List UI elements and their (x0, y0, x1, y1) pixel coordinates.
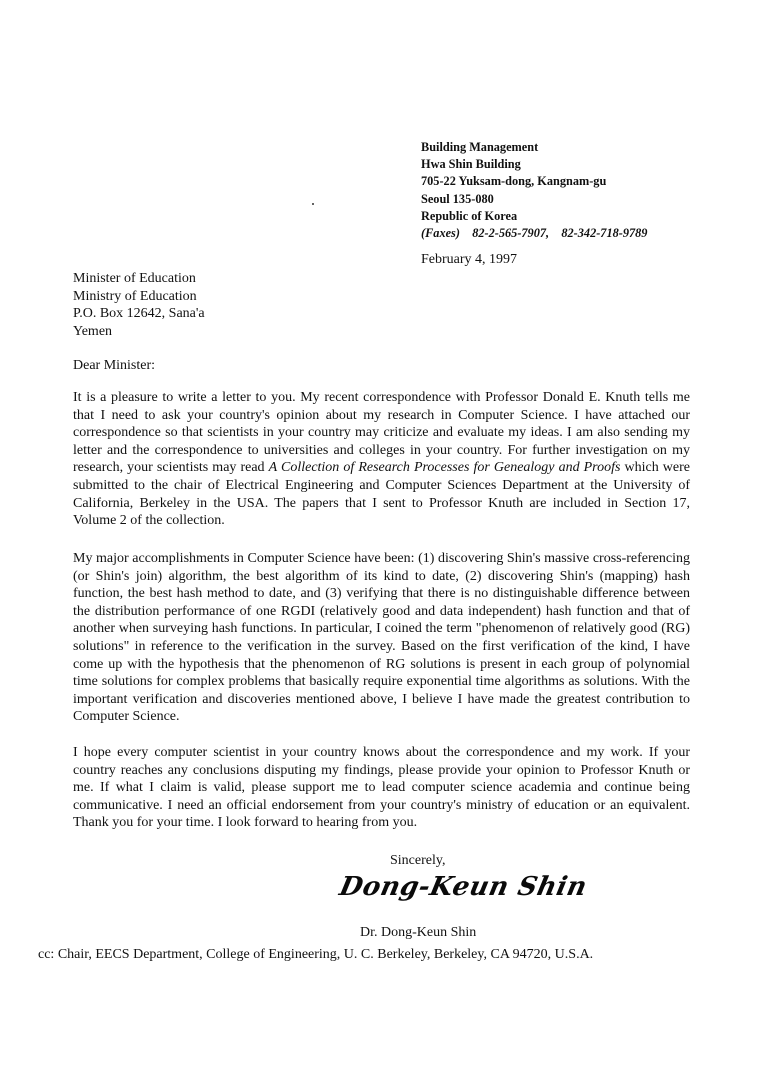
body-paragraph-3: I hope every computer scientist in your … (73, 744, 690, 832)
letter-page: Building Management Hwa Shin Building 70… (0, 0, 760, 1089)
fax-label: (Faxes) (421, 226, 460, 240)
fax-number: 82-2-565-7907, (472, 226, 549, 240)
cc-line: cc: Chair, EECS Department, College of E… (38, 947, 593, 963)
recipient-line: P.O. Box 12642, Sana'a (73, 305, 205, 323)
sender-line: 705-22 Yuksam-dong, Kangnam-gu (421, 173, 647, 190)
fax-number: 82-342-718-9789 (561, 226, 647, 240)
sender-line: Republic of Korea (421, 208, 647, 225)
recipient-line: Yemen (73, 323, 205, 341)
body-paragraph-1: It is a pleasure to write a letter to yo… (73, 389, 690, 530)
fax-numbers: (Faxes) 82-2-565-7907, 82-342-718-9789 (421, 225, 647, 242)
body-paragraph-2: My major accomplishments in Computer Sci… (73, 550, 690, 726)
sender-line: Seoul 135-080 (421, 191, 647, 208)
sender-line: Hwa Shin Building (421, 156, 647, 173)
recipient-line: Ministry of Education (73, 288, 205, 306)
recipient-address: Minister of Education Ministry of Educat… (73, 270, 205, 340)
closing: Sincerely, (390, 853, 445, 869)
letter-date: February 4, 1997 (421, 252, 517, 268)
sender-line: Building Management (421, 139, 647, 156)
signer-name: Dr. Dong-Keun Shin (360, 925, 476, 941)
salutation: Dear Minister: (73, 358, 155, 374)
scan-speck (312, 203, 314, 205)
referenced-publication-title: A Collection of Research Processes for G… (269, 460, 621, 475)
sender-address: Building Management Hwa Shin Building 70… (421, 139, 647, 242)
recipient-line: Minister of Education (73, 270, 205, 288)
handwritten-signature: Dong-Keun Shin (337, 872, 590, 902)
